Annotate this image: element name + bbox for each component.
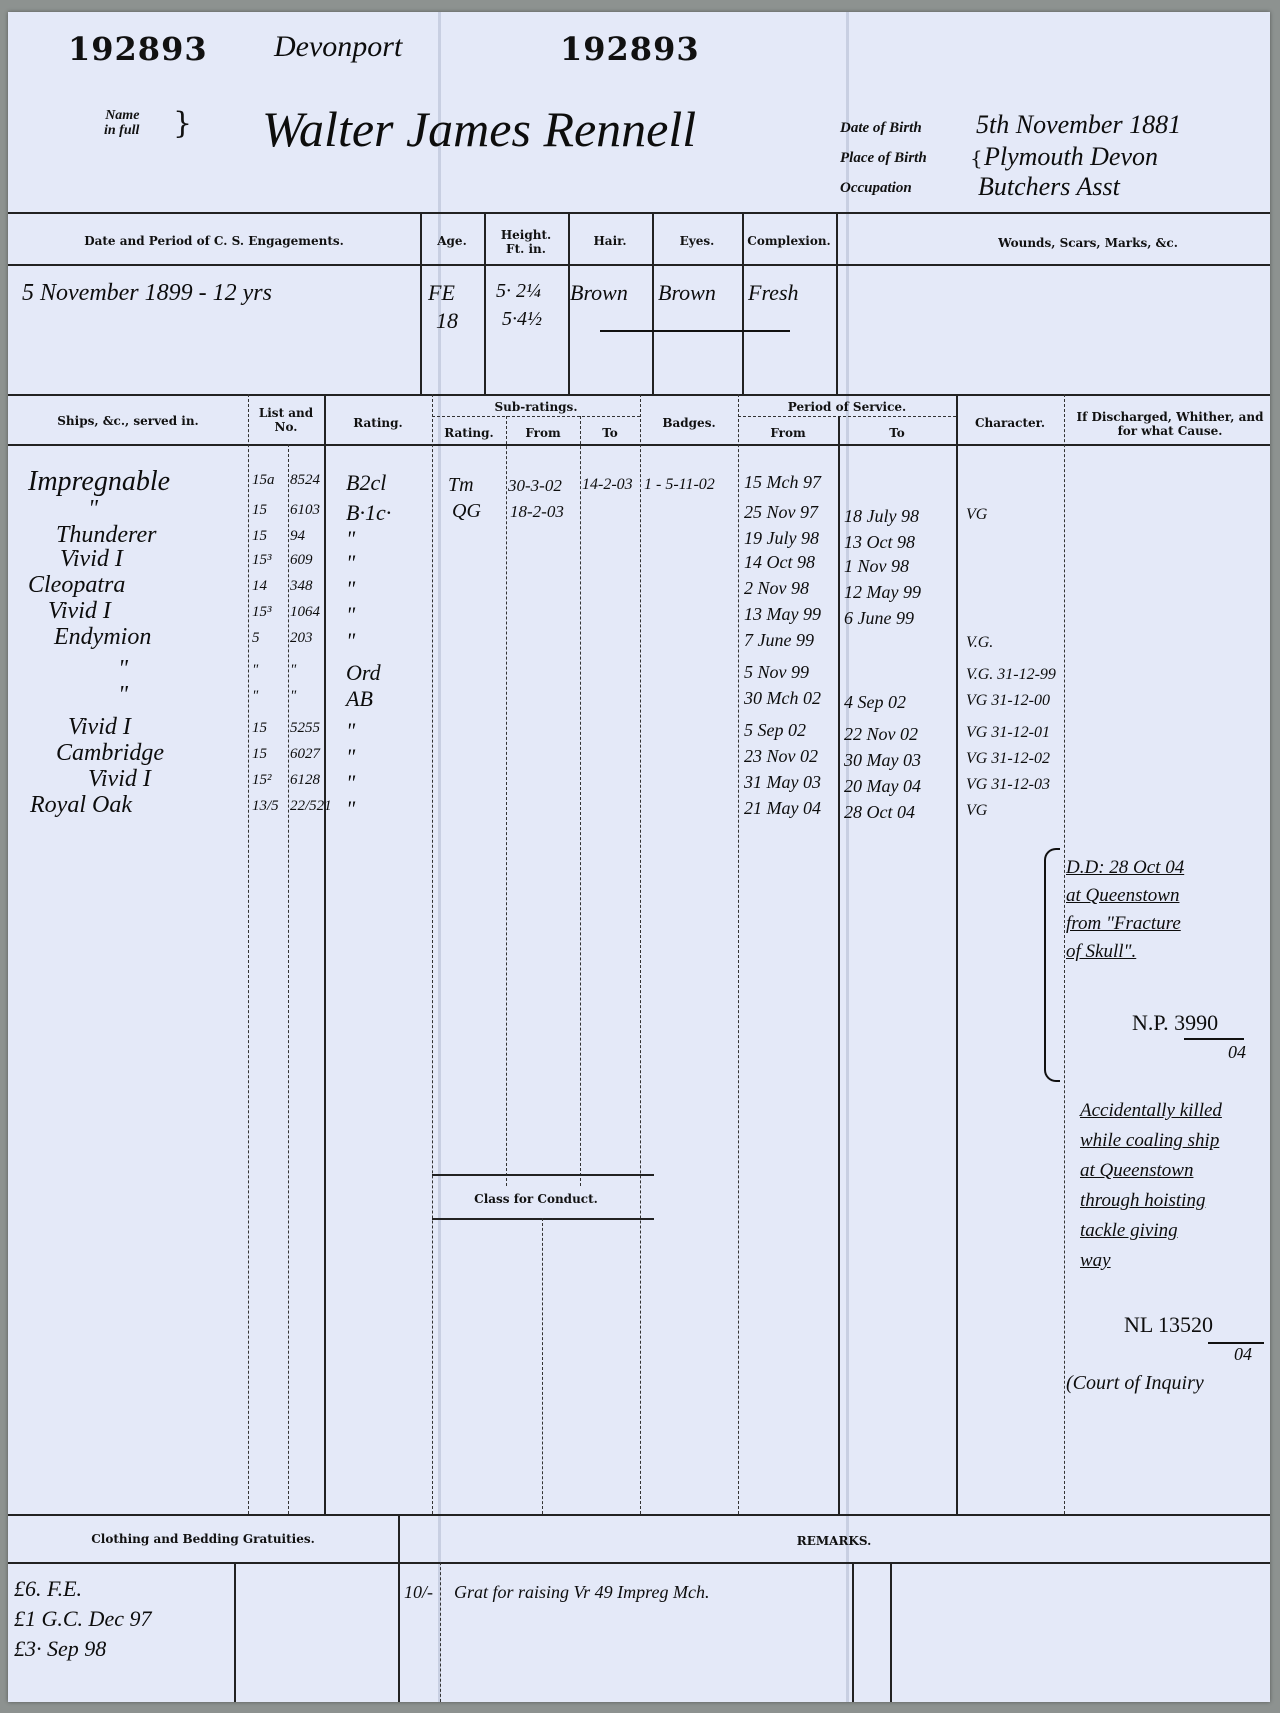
col-header-age: Age. — [420, 234, 484, 248]
rule — [288, 444, 289, 1514]
list-number: 15³ — [252, 604, 272, 621]
rule — [640, 394, 641, 1514]
ship-name: Vivid I — [88, 766, 151, 793]
period-from: 7 June 99 — [744, 630, 814, 651]
list-number: 15 — [252, 746, 267, 763]
character: VG 31-12-00 — [966, 692, 1050, 710]
period-to: 18 July 98 — [844, 506, 919, 527]
period-from: 19 July 98 — [744, 528, 819, 549]
height-value-1: 5· 2¼ — [496, 280, 541, 303]
dob-value: 5th November 1881 — [976, 110, 1181, 140]
period-to: 6 June 99 — [844, 608, 914, 629]
rule — [8, 1514, 1270, 1516]
ship-name: Royal Oak — [30, 792, 132, 819]
col-header-period: Period of Service. — [738, 400, 956, 414]
list-number: 15a — [252, 472, 275, 489]
sub-rating-2-from: 18-2-03 — [510, 502, 564, 522]
ship-name: Impregnable — [28, 466, 170, 498]
rating: B2cl — [346, 470, 386, 496]
col-header-hair: Hair. — [568, 234, 652, 248]
complexion-value: Fresh — [748, 280, 799, 306]
period-to: 4 Sep 02 — [844, 692, 906, 713]
brace: { — [970, 146, 983, 170]
ship-name: Thunderer — [56, 522, 156, 549]
rule — [542, 1218, 543, 1514]
col-header-eyes: Eyes. — [652, 234, 742, 248]
rating: B·1c· — [346, 500, 391, 526]
ship-number: 203 — [290, 630, 313, 647]
remarks-text: Grat for raising Vr 49 Impreg Mch. — [454, 1582, 710, 1603]
hair-value: Brown — [570, 280, 628, 306]
list-number: " — [252, 688, 258, 705]
rule — [506, 416, 507, 1186]
col-header-sub-to: To — [580, 426, 640, 440]
brace: } — [173, 106, 192, 141]
badge-entry: 1 - 5-11-02 — [644, 476, 715, 494]
rating: " — [346, 602, 355, 628]
period-from: 23 Nov 02 — [744, 746, 818, 767]
rule — [440, 1562, 441, 1702]
ship-name: Vivid I — [48, 598, 111, 625]
rating: " — [346, 576, 355, 602]
list-number: " — [252, 662, 258, 679]
col-header-badges: Badges. — [640, 416, 738, 430]
height-value-2: 5·4½ — [502, 308, 542, 331]
period-from: 15 Mch 97 — [744, 472, 821, 493]
np-reference: N.P. 3990 — [1132, 1010, 1218, 1036]
rating: " — [346, 628, 355, 654]
period-to: 30 May 03 — [844, 750, 921, 771]
list-number: 15³ — [252, 552, 272, 569]
ship-name: Endymion — [54, 624, 151, 651]
ship-name: Cleopatra — [28, 572, 125, 599]
ship-name: Cambridge — [56, 740, 164, 767]
np-year: 04 — [1228, 1042, 1246, 1063]
rule — [8, 1562, 1270, 1564]
ship-number: 8524 — [290, 472, 320, 489]
official-number-left: 192893 — [68, 30, 208, 68]
character: VG 31-12-03 — [966, 776, 1050, 794]
character: V.G. — [966, 634, 993, 652]
col-header-wounds: Wounds, Scars, Marks, &c. — [908, 236, 1268, 250]
rating: Ord — [346, 660, 381, 686]
ship-number: 6027 — [290, 746, 320, 763]
sub-rating-1-from: 30-3-02 — [508, 476, 562, 496]
ship-number: 22/521 — [290, 798, 332, 815]
ship-number: 6103 — [290, 502, 320, 519]
rule — [324, 394, 326, 1514]
character: VG — [966, 506, 987, 524]
list-number: 15 — [252, 528, 267, 545]
col-header-sub-ratings: Sub-ratings. — [432, 400, 640, 414]
class-for-conduct-header: Class for Conduct. — [432, 1192, 640, 1206]
period-from: 31 May 03 — [744, 772, 821, 793]
list-number: 15 — [252, 720, 267, 737]
rule — [432, 394, 433, 1514]
period-to: 22 Nov 02 — [844, 724, 918, 745]
ship-number: " — [290, 662, 296, 679]
character: VG 31-12-02 — [966, 750, 1050, 768]
port-division: Devonport — [274, 30, 402, 64]
rule — [1064, 394, 1065, 1514]
ship-number: 1064 — [290, 604, 320, 621]
ship-number: 348 — [290, 578, 313, 595]
rating: " — [346, 526, 355, 552]
pob-label: Place of Birth — [840, 150, 927, 167]
nl-year: 04 — [1234, 1344, 1252, 1365]
ship-name: Vivid I — [68, 714, 131, 741]
period-from: 2 Nov 98 — [744, 578, 809, 599]
service-record-document: 192893 Devonport 192893 Name in full } W… — [8, 12, 1270, 1702]
period-from: 14 Oct 98 — [744, 552, 815, 573]
court-of-inquiry-note: (Court of Inquiry — [1066, 1372, 1204, 1395]
dob-label: Date of Birth — [840, 120, 922, 137]
list-number: 14 — [252, 578, 267, 595]
period-to: 13 Oct 98 — [844, 532, 915, 553]
age-value-2: 18 — [436, 308, 458, 334]
rule — [8, 394, 1270, 396]
ship-name: " — [88, 496, 98, 523]
name-in-full: Walter James Rennell — [262, 100, 696, 158]
character: VG 31-12-01 — [966, 724, 1050, 742]
rule — [580, 416, 581, 1186]
rule — [836, 212, 838, 394]
rule — [432, 1218, 654, 1220]
rule — [234, 1562, 236, 1702]
ship-name: " — [118, 682, 128, 709]
col-header-discharged: If Discharged, Whither, and for what Cau… — [1072, 410, 1268, 438]
rule — [248, 394, 249, 1514]
official-number-right: 192893 — [560, 30, 700, 68]
sub-rating-1: Tm — [448, 474, 474, 497]
accident-notes: Accidentally killed while coaling ship a… — [1080, 1096, 1222, 1276]
rule — [852, 1562, 854, 1702]
ship-name: Vivid I — [60, 546, 123, 573]
period-to: 28 Oct 04 — [844, 802, 915, 823]
rule — [8, 212, 1270, 214]
remarks-amount: 10/- — [404, 1582, 433, 1603]
ship-number: " — [290, 688, 296, 705]
list-number: 13/5 — [252, 798, 279, 815]
list-number: 5 — [252, 630, 260, 647]
rule — [8, 444, 1270, 446]
period-from: 21 May 04 — [744, 798, 821, 819]
ship-number: 5255 — [290, 720, 320, 737]
rule — [956, 394, 958, 1514]
col-header-height: Height. Ft. in. — [484, 228, 568, 256]
eyes-value: Brown — [658, 280, 716, 306]
name-label: Name in full — [104, 108, 139, 138]
list-number: 15² — [252, 772, 272, 789]
rating: " — [346, 718, 355, 744]
rating: " — [346, 550, 355, 576]
discharge-brace — [1044, 848, 1060, 1082]
gratuity-entries: £6. F.E. £1 G.C. Dec 97 £3· Sep 98 — [14, 1574, 151, 1664]
occupation-value: Butchers Asst — [978, 172, 1120, 202]
rule — [8, 264, 1270, 266]
occupation-label: Occupation — [840, 180, 912, 197]
col-header-period-to: To — [838, 426, 956, 440]
period-to: 1 Nov 98 — [844, 556, 909, 577]
character: V.G. 31-12-99 — [966, 666, 1056, 684]
rule — [432, 1174, 654, 1176]
rating: AB — [346, 686, 373, 712]
ship-number: 94 — [290, 528, 305, 545]
rule — [738, 416, 956, 417]
discharge-notes: D.D: 28 Oct 04 at Queenstown from "Fract… — [1066, 854, 1184, 966]
period-from: 25 Nov 97 — [744, 502, 818, 523]
rating: " — [346, 770, 355, 796]
period-from: 30 Mch 02 — [744, 688, 821, 709]
period-from: 5 Nov 99 — [744, 662, 809, 683]
fraction-bar — [1184, 1038, 1244, 1040]
col-header-rating: Rating. — [324, 416, 432, 430]
col-header-ships: Ships, &c., served in. — [8, 414, 248, 428]
list-number: 15 — [252, 502, 267, 519]
nl-reference: NL 13520 — [1124, 1312, 1213, 1338]
col-header-sub-rating: Rating. — [432, 426, 506, 440]
col-header-engagement: Date and Period of C. S. Engagements. — [8, 234, 420, 248]
ditto-line — [600, 330, 790, 332]
sub-rating-1-to: 14-2-03 — [582, 476, 633, 494]
rating: " — [346, 796, 355, 822]
period-to: 20 May 04 — [844, 776, 921, 797]
col-header-sub-from: From — [506, 426, 580, 440]
period-from: 13 May 99 — [744, 604, 821, 625]
character: VG — [966, 802, 987, 820]
col-header-period-from: From — [738, 426, 838, 440]
col-header-character: Character. — [956, 416, 1064, 430]
sub-rating-2: QG — [452, 500, 481, 523]
rule — [890, 1562, 892, 1702]
col-header-complexion: Complexion. — [742, 234, 836, 248]
rule — [838, 416, 840, 1514]
rule — [432, 416, 640, 417]
col-header-list-no: List and No. — [248, 406, 324, 434]
period-from: 5 Sep 02 — [744, 720, 806, 741]
gratuities-header: Clothing and Bedding Gratuities. — [8, 1532, 398, 1546]
pob-value: Plymouth Devon — [984, 142, 1158, 172]
ship-number: 609 — [290, 552, 313, 569]
engagement-value: 5 November 1899 - 12 yrs — [22, 280, 272, 307]
ship-name: " — [118, 656, 128, 683]
rating: " — [346, 744, 355, 770]
rule — [738, 394, 739, 1514]
ship-number: 6128 — [290, 772, 320, 789]
remarks-header: REMARKS. — [398, 1534, 1270, 1548]
age-value-1: FE — [428, 280, 455, 306]
period-to: 12 May 99 — [844, 582, 921, 603]
